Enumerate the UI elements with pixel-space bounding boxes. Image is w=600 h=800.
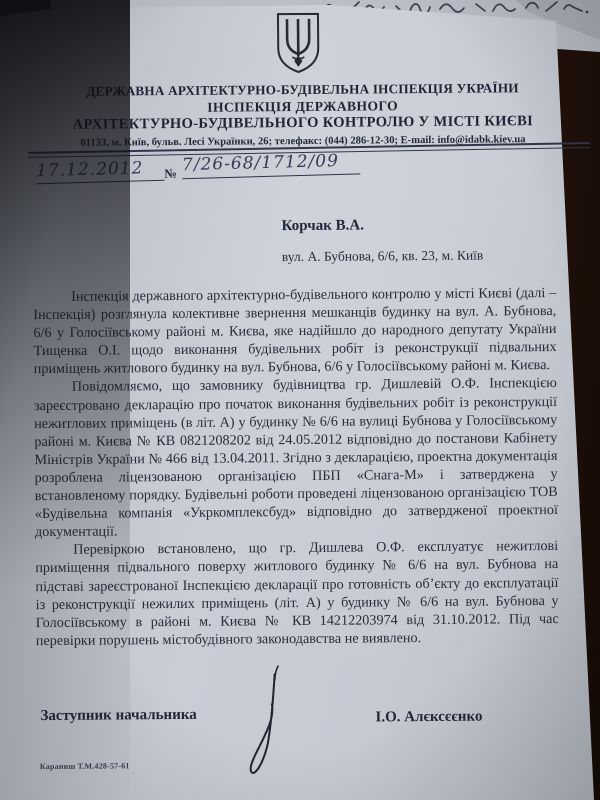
body-paragraph-2: Повідомляємо, що замовнику будівництва г… xyxy=(34,374,558,541)
ukraine-trident-emblem-icon xyxy=(274,12,322,74)
addressee-address: вул. А. Бубнова, 6/6, кв. 23, м. Київ xyxy=(282,248,484,266)
handwritten-reference-number: 7/26-68/1712/09 xyxy=(182,150,361,179)
handwritten-signature-icon xyxy=(245,662,292,786)
executor-contact-note: Караниш Т.М.428-57-61 xyxy=(40,761,130,771)
photo-of-document: ДЕРЖАВНА АРХІТЕКТУРНО-БУДІВЕЛЬНА ІНСПЕКЦ… xyxy=(0,0,600,800)
handwritten-date: 17.12.2012 xyxy=(36,158,165,184)
number-sign-label: № xyxy=(164,166,177,181)
signer-name: І.О. Алєксєєнко xyxy=(375,709,482,727)
letter-content: ДЕРЖАВНА АРХІТЕКТУРНО-БУДІВЕЛЬНА ІНСПЕКЦ… xyxy=(0,0,600,800)
addressee-name: Корчак В.А. xyxy=(282,217,364,235)
signer-position-title: Заступник начальника xyxy=(40,707,196,725)
org-name-line3: АРХІТЕКТУРНО-БУДІВЕЛЬНОГО КОНТРОЛЮ У МІС… xyxy=(38,113,568,134)
reference-line: 17.12.2012 № 7/26-68/1712/09 xyxy=(34,152,365,191)
body-paragraph-1: Інспекція державного архітектурно-будіве… xyxy=(33,284,557,379)
letter-body: Інспекція державного архітектурно-будіве… xyxy=(33,284,559,650)
body-paragraph-3: Перевіркою встановлено, що гр. Дишлева О… xyxy=(35,537,559,650)
